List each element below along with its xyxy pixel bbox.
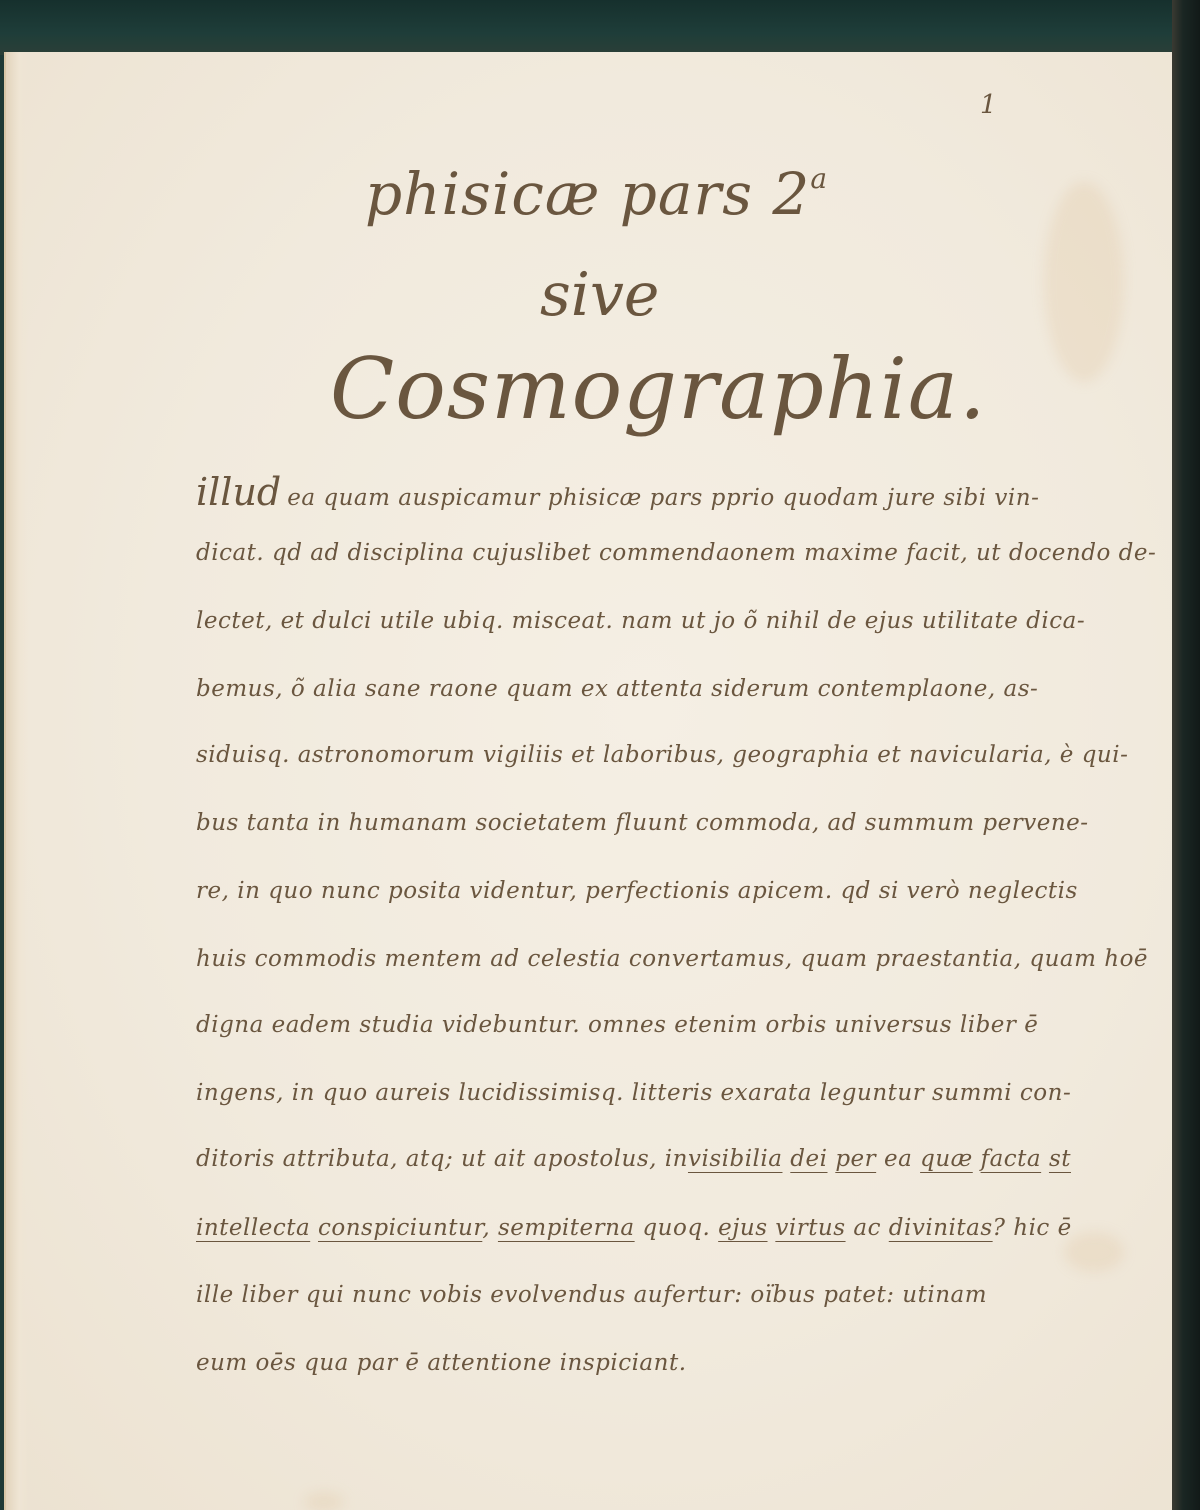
line-text: ille liber qui nunc vobis evolvendus auf… (196, 1282, 987, 1308)
underlined-text: ejus (718, 1215, 767, 1241)
manuscript-line: ingens, in quo aureis lucidissimisq. lit… (196, 1080, 1071, 1106)
title-superscript: a (810, 162, 828, 195)
title-line-3: Cosmographia. (330, 340, 987, 438)
manuscript-line: bus tanta in humanam societatem fluunt c… (196, 810, 1089, 836)
manuscript-line: digna eadem studia videbuntur. omnes ete… (196, 1012, 1038, 1038)
paper-stain (304, 1492, 344, 1510)
underlined-text: visibilia (688, 1146, 783, 1172)
underlined-text: dei (790, 1146, 827, 1172)
line-text: ingens, in quo aureis lucidissimisq. lit… (196, 1080, 1071, 1106)
manuscript-line: lectet, et dulci utile ubiq. misceat. na… (196, 608, 1085, 634)
line-text: bus tanta in humanam societatem fluunt c… (196, 810, 1089, 836)
underlined-text: quæ (920, 1146, 973, 1172)
scanner-border-right (1172, 0, 1200, 1510)
line-text: ditoris attributa, atq; ut ait apostolus… (196, 1146, 688, 1172)
underlined-text: st (1049, 1146, 1071, 1172)
manuscript-line: siduisq. astronomorum vigiliis et labori… (196, 742, 1128, 768)
line-text: siduisq. astronomorum vigiliis et labori… (196, 742, 1128, 768)
underlined-text: sempiterna (498, 1215, 635, 1241)
folio-number: 1 (980, 90, 997, 120)
manuscript-line: dicat. qd ad disciplina cujuslibet comme… (196, 540, 1156, 566)
manuscript-line: intellecta conspiciuntur, sempiterna quo… (196, 1215, 1072, 1241)
line-text: huis commodis mentem ad celestia convert… (196, 946, 1148, 972)
line-text (310, 1215, 318, 1241)
line-text: bemus, õ alia sane raone quam ex attenta… (196, 676, 1038, 702)
title-main: phisicæ pars 2 (365, 160, 810, 228)
underlined-text: conspiciuntur (318, 1215, 482, 1241)
manuscript-line: eum oēs qua par ē attentione inspiciant. (196, 1350, 687, 1376)
initial-word: illud (196, 470, 281, 514)
line-text: eum oēs qua par ē attentione inspiciant. (196, 1350, 687, 1376)
line-text (1041, 1146, 1049, 1172)
manuscript-line: illudea quam auspicamur phisicæ pars ppr… (196, 470, 1039, 514)
manuscript-line: huis commodis mentem ad celestia convert… (196, 946, 1148, 972)
underlined-text: divinitas (889, 1215, 993, 1241)
underlined-text: facta (981, 1146, 1042, 1172)
title-line-1: phisicæ pars 2a (365, 160, 828, 228)
line-text (973, 1146, 981, 1172)
title-line-2: sive (540, 260, 659, 330)
underlined-text: per (835, 1146, 876, 1172)
line-text: , (482, 1215, 498, 1241)
paper-stain (1064, 1232, 1124, 1272)
line-text: ac (846, 1215, 889, 1241)
scanner-border-top (0, 0, 1200, 55)
line-text: digna eadem studia videbuntur. omnes ete… (196, 1012, 1038, 1038)
manuscript-line: bemus, õ alia sane raone quam ex attenta… (196, 676, 1038, 702)
line-text: ? hic ē (993, 1215, 1072, 1241)
line-text: dicat. qd ad disciplina cujuslibet comme… (196, 540, 1156, 566)
underlined-text: virtus (775, 1215, 845, 1241)
underlined-text: intellecta (196, 1215, 310, 1241)
manuscript-line: ditoris attributa, atq; ut ait apostolus… (196, 1146, 1071, 1172)
manuscript-line: re, in quo nunc posita videntur, perfect… (196, 878, 1078, 904)
line-text: ea quam auspicamur phisicæ pars pprio qu… (287, 485, 1039, 511)
line-text: lectet, et dulci utile ubiq. misceat. na… (196, 608, 1085, 634)
line-text: quoq. (635, 1215, 719, 1241)
manuscript-line: ille liber qui nunc vobis evolvendus auf… (196, 1282, 987, 1308)
line-text: ea (876, 1146, 920, 1172)
paper-stain (1044, 182, 1124, 382)
worn-page-edge (4, 52, 28, 1510)
line-text: re, in quo nunc posita videntur, perfect… (196, 878, 1078, 904)
